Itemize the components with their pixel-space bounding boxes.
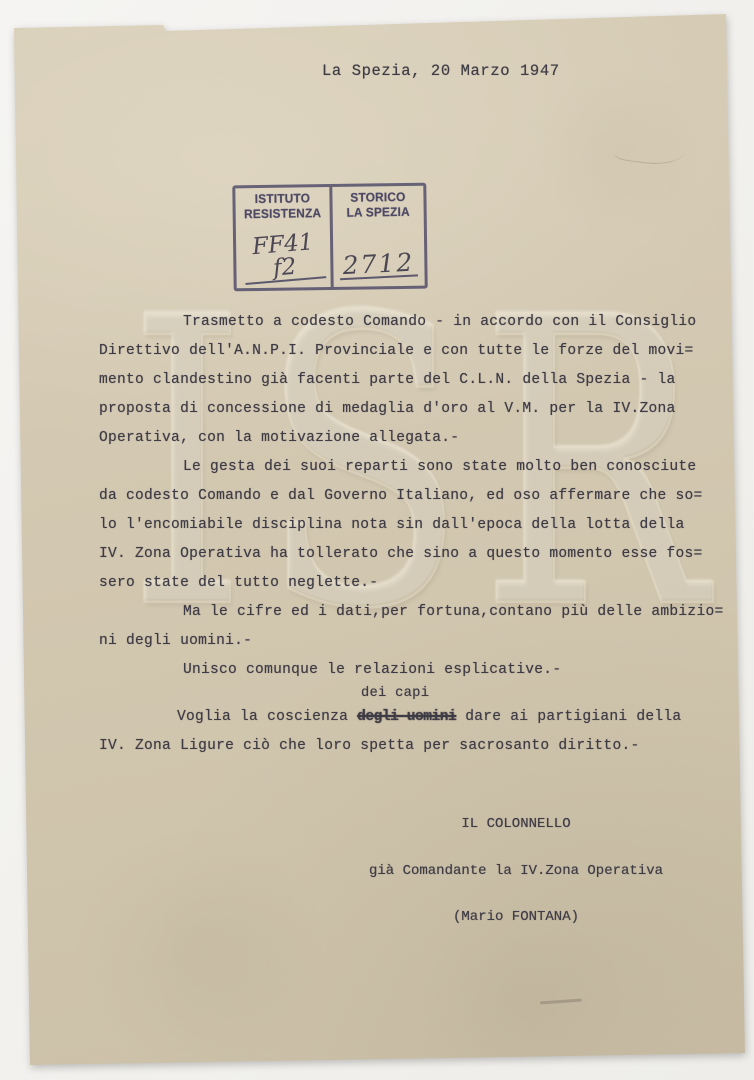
body-line-with-correction: Voglia la coscienza degli uomini dare ai… [99, 703, 679, 732]
body-line: Operativa, con la motivazione allegata.- [99, 424, 679, 453]
body-line: Le gesta dei suoi reparti sono state mol… [99, 453, 679, 482]
body-line: mento clandestino già facenti parte del … [99, 366, 679, 395]
body-line: IV. Zona Ligure ciò che loro spetta per … [99, 732, 679, 761]
body-line: sero state del tutto neglette.- [99, 569, 679, 598]
signature-block: IL COLONNELLO già Comandante la IV.Zona … [360, 786, 672, 957]
stamp-location-cell: STORICO LA SPEZIA 2712 [332, 186, 424, 287]
stamp-number-handwritten: 2712 [339, 249, 418, 280]
body-line: ni degli uomini.- [99, 627, 679, 656]
scanned-document-page: ISR La Spezia, 20 Marzo 1947 ISTITUTO RE… [0, 0, 754, 1080]
struck-text: degli uomini [357, 709, 456, 725]
body-line: da codesto Comando e dal Governo Italian… [99, 482, 679, 511]
signature-name: (Mario FONTANA) [360, 910, 672, 926]
stamp-location-label: STORICO LA SPEZIA [337, 190, 418, 221]
correction-prefix: Voglia la coscienza [177, 709, 357, 725]
body-line: Direttivo dell'A.N.P.I. Provinciale e co… [99, 337, 679, 366]
body-line: lo l'encomiabile disciplina nota sin dal… [99, 511, 679, 540]
correction-suffix: dare ai partigiani della [456, 709, 681, 725]
stamp-institute-label: ISTITUTO RESISTENZA [241, 191, 325, 222]
archive-watermark: ISR [128, 268, 728, 664]
signature-role: già Comandante la IV.Zona Operativa [360, 864, 672, 880]
paper-sheet: ISR La Spezia, 20 Marzo 1947 ISTITUTO RE… [0, 0, 754, 1080]
body-line: Ma le cifre ed i dati,per fortuna,contan… [99, 598, 679, 627]
paper-shadow: ISR La Spezia, 20 Marzo 1947 ISTITUTO RE… [0, 0, 754, 1080]
paper-crease [613, 130, 686, 168]
pencil-smudge [540, 999, 582, 1005]
body-line: Unisco comunque le relazioni esplicative… [99, 656, 679, 685]
body-line: Trasmetto a codesto Comando - in accordo… [99, 308, 679, 337]
typed-body-text: Trasmetto a codesto Comando - in accordo… [99, 308, 679, 761]
body-line: IV. Zona Operativa ha tollerato che sino… [99, 540, 679, 569]
stamp-institute-cell: ISTITUTO RESISTENZA FF41 f2 [235, 187, 333, 288]
body-line: proposta di concessione di medaglia d'or… [99, 395, 679, 424]
interlinear-insertion: dei capi [99, 685, 679, 703]
date-line: La Spezia, 20 Marzo 1947 [322, 62, 560, 80]
signature-title: IL COLONNELLO [360, 817, 672, 833]
archive-stamp: ISTITUTO RESISTENZA FF41 f2 STORICO LA S… [232, 183, 427, 292]
stamp-reference-handwritten: FF41 f2 [241, 230, 326, 285]
